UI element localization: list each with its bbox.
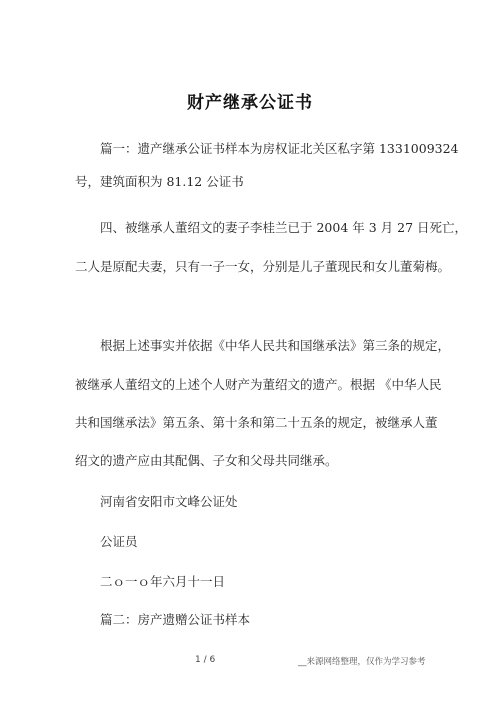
paragraph-line-5: 根据上述事实并依据《中华人民共和国继承法》第三条的规定， — [100, 338, 450, 354]
paragraph-line-6: 被继承人董绍文的上述个人财产为董绍文的遗产。根据 《中华人民 — [75, 377, 441, 393]
page-title: 财产继承公证书 — [0, 88, 500, 113]
notary-date: 二ｏ一ｏ年六月十一日 — [100, 574, 225, 590]
notary-office: 河南省安阳市文峰公证处 — [100, 494, 238, 510]
paragraph-line-2: 号，建筑面积为 81.12 公证书 — [75, 174, 244, 190]
paragraph-line-1: 篇一：遗产继承公证书样本为房权证北关区私字第 1331009324 — [100, 141, 459, 157]
section-heading-part-two: 篇二：房产遗赠公证书样本 — [100, 612, 250, 628]
source-note: __来源网络整理，仅作为学习参考 — [298, 655, 426, 667]
paragraph-line-4: 二人是原配夫妻，只有一子一女，分别是儿子董现民和女儿董菊梅。 — [75, 259, 450, 275]
paragraph-line-3: 四、被继承人董绍文的妻子李桂兰已于 2004 年 3 月 27 日死亡， — [100, 220, 467, 236]
paragraph-line-7: 共和国继承法》第五条、第十条和第二十五条的规定，被继承人董 — [75, 415, 438, 431]
page-number: 1 / 6 — [195, 655, 215, 665]
paragraph-line-8: 绍文的遗产应由其配偶、子女和父母共同继承。 — [75, 453, 338, 469]
notary-officer-label: 公证员 — [100, 534, 138, 550]
